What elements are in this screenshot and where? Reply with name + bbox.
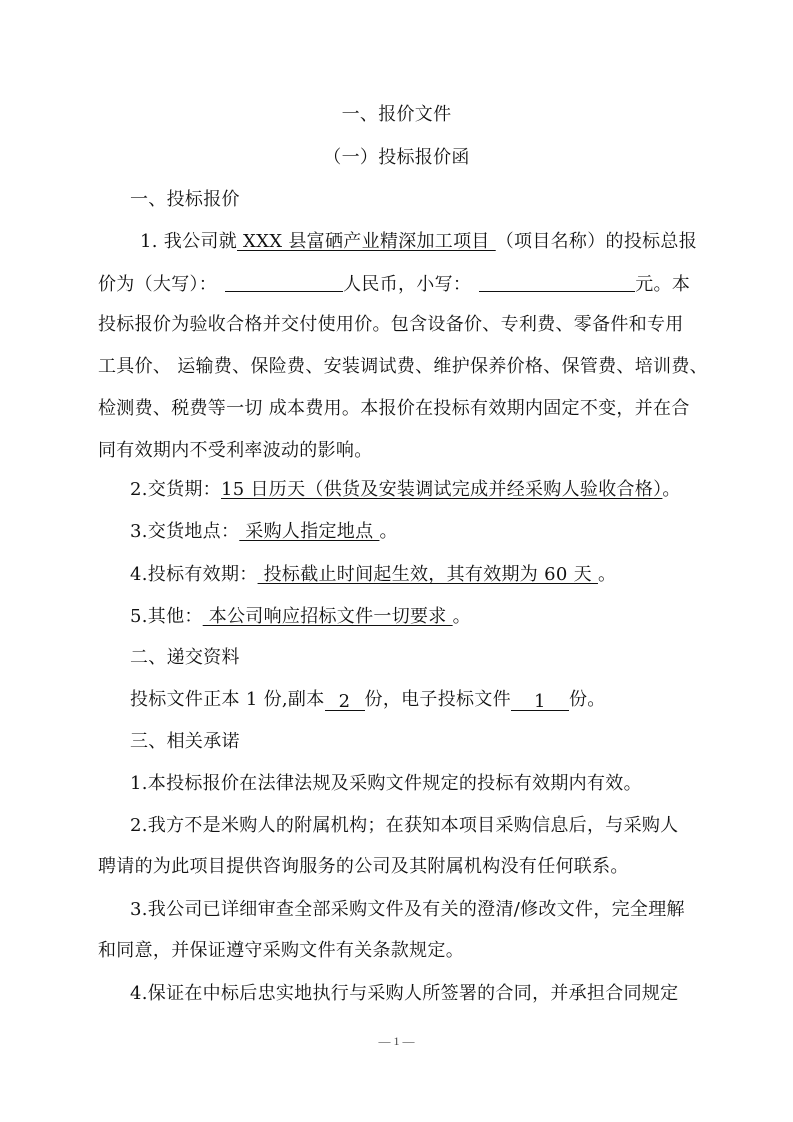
- bid-validity-suffix: 。: [598, 564, 616, 585]
- section1-heading: 一、投标报价: [130, 188, 728, 212]
- project-name: XXX 县富硒产业精深加工项目: [237, 231, 496, 252]
- section1-item1-line5: 检测费、税费等一切 成本费用。本报价在投标有效期内固定不变，并在合: [98, 397, 696, 421]
- item1-prefix: 1. 我公司就: [140, 231, 237, 252]
- copies-mid: 份，电子投标文件: [365, 689, 511, 710]
- item1-after-project: （项目名称）的投标总报: [496, 231, 697, 252]
- page-number: — 1 —: [0, 1034, 793, 1049]
- amount-lower-label: 人民币，小写：: [343, 274, 471, 295]
- other-suffix: 。: [453, 606, 471, 627]
- section1-item3: 3.交货地点： 采购人指定地点 。: [130, 520, 696, 544]
- bid-validity-label: 4.投标有效期：: [130, 564, 258, 585]
- section2-copies-line: 投标文件正本 1 份,副本2份，电子投标文件1份。: [130, 688, 696, 712]
- section1-item1-line1: 1. 我公司就 XXX 县富硒产业精深加工项目 （项目名称）的投标总报: [140, 230, 696, 254]
- copies-prefix: 投标文件正本 1 份,副本: [130, 689, 325, 710]
- delivery-period-value: 15 日历天（供货及安装调试完成并经采购人验收合格）: [221, 479, 662, 500]
- delivery-location-label: 3.交货地点：: [130, 521, 239, 542]
- section1-item1-line4: 工具价、 运输费、保险费、安装调试费、维护保养价格、保管费、培训费、: [98, 355, 696, 379]
- commitment-3-line1: 3.我公司已详细审查全部采购文件及有关的澄清/修改文件，完全理解: [130, 898, 696, 922]
- commitment-4-line1: 4.保证在中标后忠实地执行与采购人所签署的合同，并承担合同规定: [130, 982, 696, 1006]
- section1-item4: 4.投标有效期： 投标截止时间起生效，其有效期为 60 天 。: [130, 563, 696, 587]
- commitment-1: 1.本投标报价在法律法规及采购文件规定的投标有效期内有效。: [130, 772, 728, 796]
- other-label: 5.其他：: [130, 606, 203, 627]
- other-value: 本公司响应招标文件一切要求: [203, 606, 453, 627]
- delivery-period-suffix: 。: [662, 479, 680, 500]
- delivery-period-label: 2.交货期：: [130, 479, 221, 500]
- document-subtitle: （一）投标报价函: [0, 146, 793, 170]
- commitment-3-line2: 和同意，并保证遵守采购文件有关条款规定。: [98, 939, 696, 963]
- document-title: 一、报价文件: [0, 103, 793, 127]
- amount-suffix: 元。本: [635, 274, 690, 295]
- bid-validity-value: 投标截止时间起生效，其有效期为 60 天: [258, 564, 598, 585]
- section1-item1-line2: 价为（大写）：人民币，小写：元。本: [98, 271, 696, 297]
- section1-item1-line3: 投标报价为验收合格并交付使用价。包含设备价、专利费、零备件和专用: [98, 313, 696, 337]
- section1-item2: 2.交货期：15 日历天（供货及安装调试完成并经采购人验收合格）。: [130, 478, 696, 502]
- copies-suffix: 份。: [569, 689, 606, 710]
- delivery-location-suffix: 。: [379, 521, 397, 542]
- section1-item1-line6: 同有效期内不受利率波动的影响。: [98, 439, 696, 463]
- commitment-2-line1: 2.我方不是米购人的附属机构；在获知本项目采购信息后，与采购人: [130, 814, 696, 838]
- copies-field[interactable]: 2: [325, 690, 365, 711]
- amount-lower-field[interactable]: [479, 271, 635, 292]
- delivery-location-value: 采购人指定地点: [239, 521, 379, 542]
- amount-upper-field[interactable]: [225, 271, 343, 292]
- section2-heading: 二、递交资料: [130, 646, 728, 670]
- section3-heading: 三、相关承诺: [130, 730, 728, 754]
- section1-item5: 5.其他： 本公司响应招标文件一切要求 。: [130, 605, 696, 629]
- electronic-copies-field[interactable]: 1: [511, 690, 569, 711]
- document-page: 一、报价文件 （一）投标报价函 一、投标报价 1. 我公司就 XXX 县富硒产业…: [0, 0, 793, 1122]
- commitment-2-line2: 聘请的为此项目提供咨询服务的公司及其附属机构没有任何联系。: [98, 855, 696, 879]
- amount-upper-label: 价为（大写）：: [98, 274, 217, 295]
